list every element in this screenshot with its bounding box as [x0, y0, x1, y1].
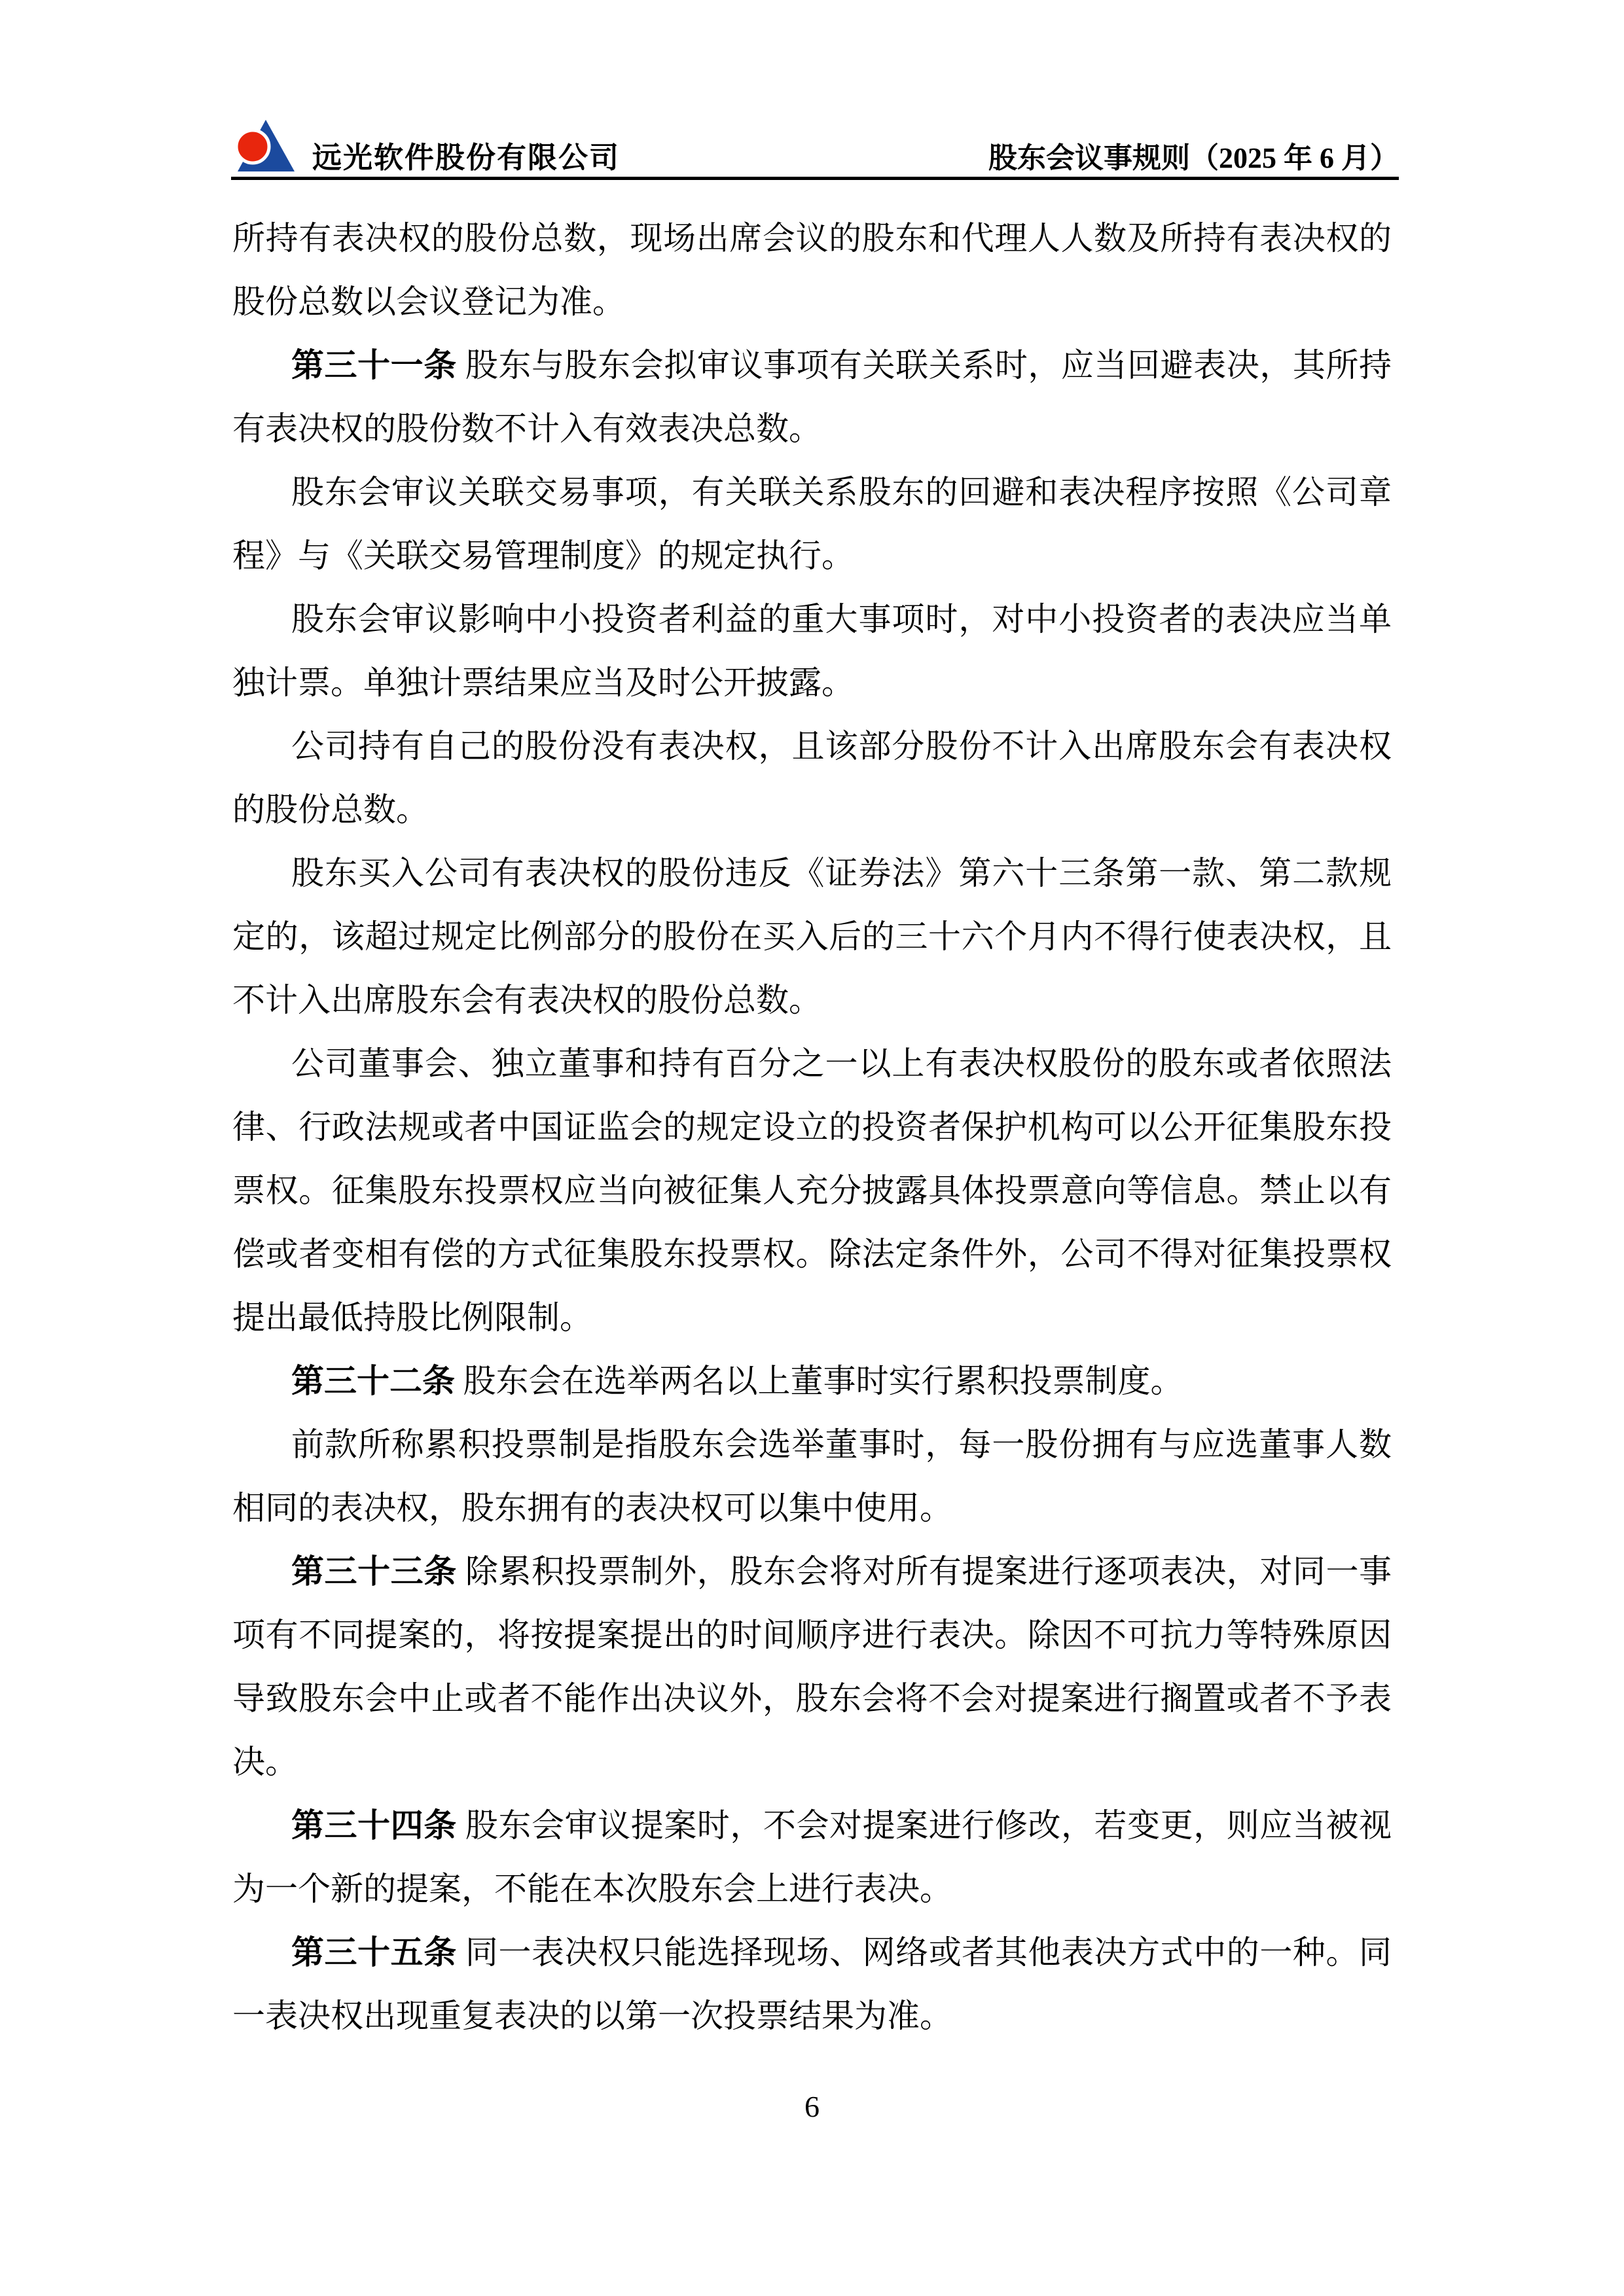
paragraph: 前款所称累积投票制是指股东会选举董事时，每一股份拥有与应选董事人数相同的表决权，…	[232, 1413, 1392, 1540]
article-number: 第三十五条	[291, 1934, 457, 1971]
paragraph: 第三十一条 股东与股东会拟审议事项有关联关系时，应当回避表决，其所持有表决权的股…	[232, 334, 1392, 461]
paragraph: 公司董事会、独立董事和持有百分之一以上有表决权股份的股东或者依照法律、行政法规或…	[232, 1032, 1392, 1350]
paragraph: 所持有表决权的股份总数，现场出席会议的股东和代理人人数及所持有表决权的股份总数以…	[232, 207, 1392, 334]
paragraph: 第三十三条 除累积投票制外，股东会将对所有提案进行逐项表决，对同一事项有不同提案…	[232, 1540, 1392, 1794]
article-number: 第三十四条	[291, 1807, 457, 1844]
article-number: 第三十一条	[291, 347, 457, 384]
paragraph: 股东会审议影响中小投资者利益的重大事项时，对中小投资者的表决应当单独计票。单独计…	[232, 588, 1392, 715]
paragraph: 第三十四条 股东会审议提案时，不会对提案进行修改，若变更，则应当被视为一个新的提…	[232, 1794, 1392, 1921]
paragraph: 股东会审议关联交易事项，有关联关系股东的回避和表决程序按照《公司章程》与《关联交…	[232, 461, 1392, 588]
article-number: 第三十二条	[291, 1363, 455, 1399]
paragraph: 第三十二条 股东会在选举两名以上董事时实行累积投票制度。	[232, 1350, 1392, 1413]
company-logo-icon	[231, 118, 300, 177]
document-body: 所持有表决权的股份总数，现场出席会议的股东和代理人人数及所持有表决权的股份总数以…	[232, 207, 1392, 2048]
paragraph: 公司持有自己的股份没有表决权，且该部分股份不计入出席股东会有表决权的股份总数。	[232, 715, 1392, 842]
page-header: 远光软件股份有限公司 股东会议事规则（2025 年 6 月）	[231, 109, 1399, 180]
page-footer: 6	[0, 2092, 1624, 2122]
document-page: 远光软件股份有限公司 股东会议事规则（2025 年 6 月） 所持有表决权的股份…	[0, 0, 1624, 2296]
article-number: 第三十三条	[291, 1553, 457, 1590]
page-number: 6	[804, 2090, 820, 2123]
company-name: 远光软件股份有限公司	[312, 143, 620, 177]
paragraph: 第三十五条 同一表决权只能选择现场、网络或者其他表决方式中的一种。同一表决权出现…	[232, 1921, 1392, 2048]
document-title: 股东会议事规则（2025 年 6 月）	[988, 144, 1399, 177]
logo-circle	[236, 130, 269, 163]
paragraph: 股东买入公司有表决权的股份违反《证券法》第六十三条第一款、第二款规定的，该超过规…	[232, 842, 1392, 1032]
